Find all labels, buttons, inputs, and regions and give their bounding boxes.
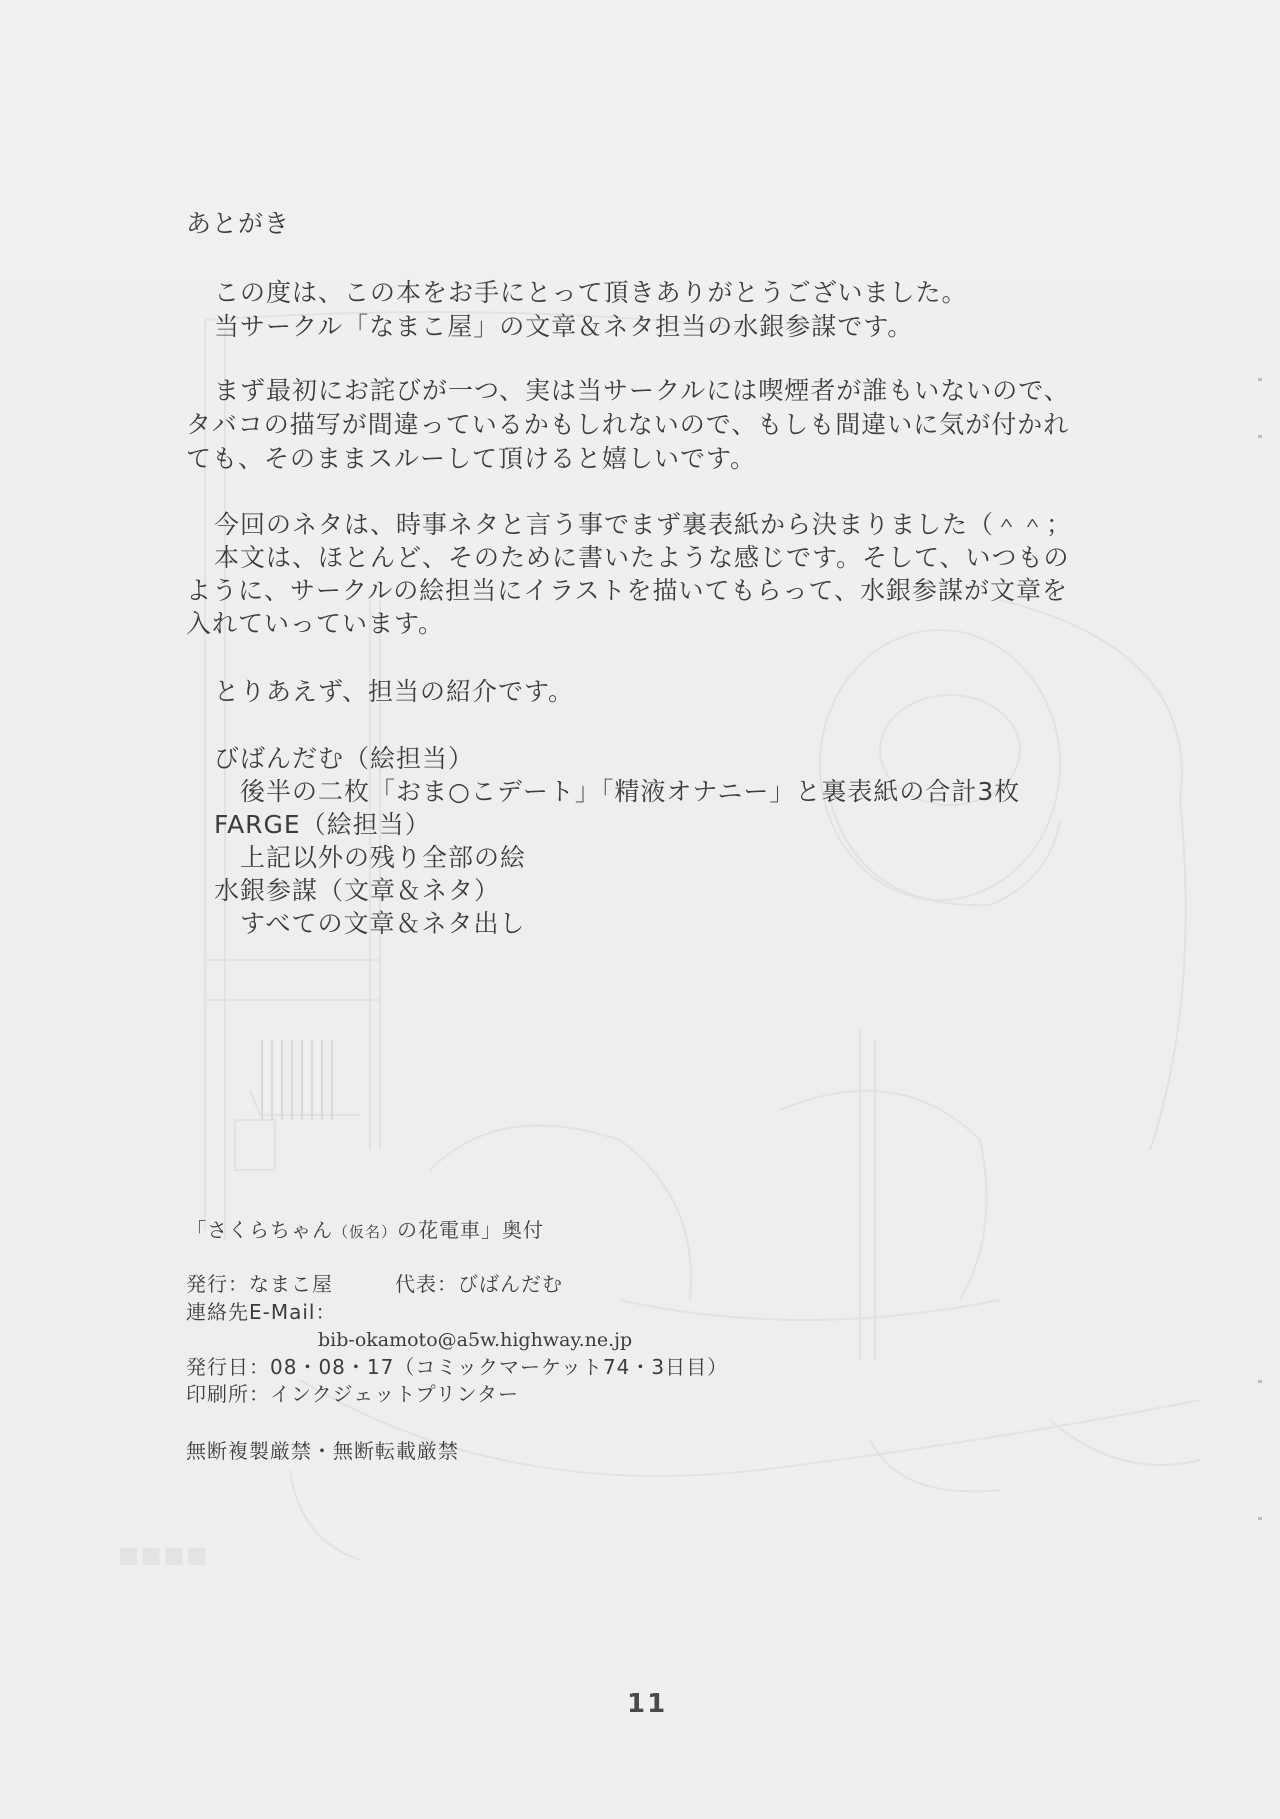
colophon-title-paren: （仮名） [333, 1223, 397, 1241]
colophon-issue-date: 発行日：08・08・17（コミックマーケット74・3日目） [186, 1355, 728, 1379]
staff-name: FARGE（絵担当） [214, 810, 431, 840]
paragraph-line: 当サークル「なまこ屋」の文章＆ネタ担当の水銀参謀です。 [214, 312, 913, 342]
edge-mark [1258, 1380, 1262, 1383]
edge-mark [1258, 1517, 1262, 1520]
edge-mark [1258, 378, 1262, 381]
staff-role: すべての文章＆ネタ出し [240, 909, 526, 939]
staff-name: 水銀参謀（文章＆ネタ） [214, 876, 500, 906]
paragraph-line: 本文は、ほとんど、そのために書いたような感じです。そして、いつもの [214, 543, 1070, 573]
colophon-title: 「さくらちゃん（仮名）の花電車」奥付 [186, 1218, 544, 1244]
colophon-email: bib-okamoto@a5w.highway.ne.jp [318, 1328, 632, 1352]
staff-role: 上記以外の残り全部の絵 [240, 843, 526, 873]
page-number: 11 [627, 1689, 667, 1719]
paragraph-line: ても、そのままスルーして頂けると嬉しいです。 [186, 444, 756, 474]
colophon-representative: 代表：びばんだむ [395, 1272, 563, 1296]
colophon-printer: 印刷所：インクジェットプリンター [186, 1382, 519, 1406]
paragraph-line: とりあえず、担当の紹介です。 [214, 677, 574, 707]
staff-name: びばんだむ（絵担当） [214, 744, 474, 774]
afterword-heading: あとがき [186, 209, 290, 239]
paragraph-line: ように、サークルの絵担当にイラストを描いてもらって、水銀参謀が文章を [186, 576, 1068, 606]
paragraph-line: 今回のネタは、時事ネタと言う事でまず裏表紙から決まりました（＾＾； [214, 510, 1072, 540]
paragraph-line: 入れていっています。 [186, 609, 444, 639]
colophon-publisher: 発行：なまこ屋 [186, 1272, 333, 1296]
paragraph-line: タバコの描写が間違っているかもしれないので、もしも間違いに気が付かれ [186, 410, 1069, 440]
paragraph-line: まず最初にお詫びが一つ、実は当サークルには喫煙者が誰もいないので、 [214, 376, 1070, 406]
colophon-contact-label: 連絡先E-Mail： [186, 1300, 336, 1324]
staff-role: 後半の二枚「おま○こデート」「精液オナニー」と裏表紙の合計3枚 [240, 777, 1020, 807]
faint-stamp: ■■■■ [118, 1543, 209, 1568]
colophon-title-suffix: の花電車」奥付 [397, 1218, 544, 1242]
paragraph-line: この度は、この本をお手にとって頂きありがとうございました。 [214, 278, 968, 308]
colophon-notice: 無断複製厳禁・無断転載厳禁 [186, 1439, 459, 1463]
edge-mark [1258, 435, 1262, 438]
document-page: あとがき この度は、この本をお手にとって頂きありがとうございました。 当サークル… [0, 0, 1280, 1819]
colophon-title-main: 「さくらちゃん [186, 1218, 333, 1242]
